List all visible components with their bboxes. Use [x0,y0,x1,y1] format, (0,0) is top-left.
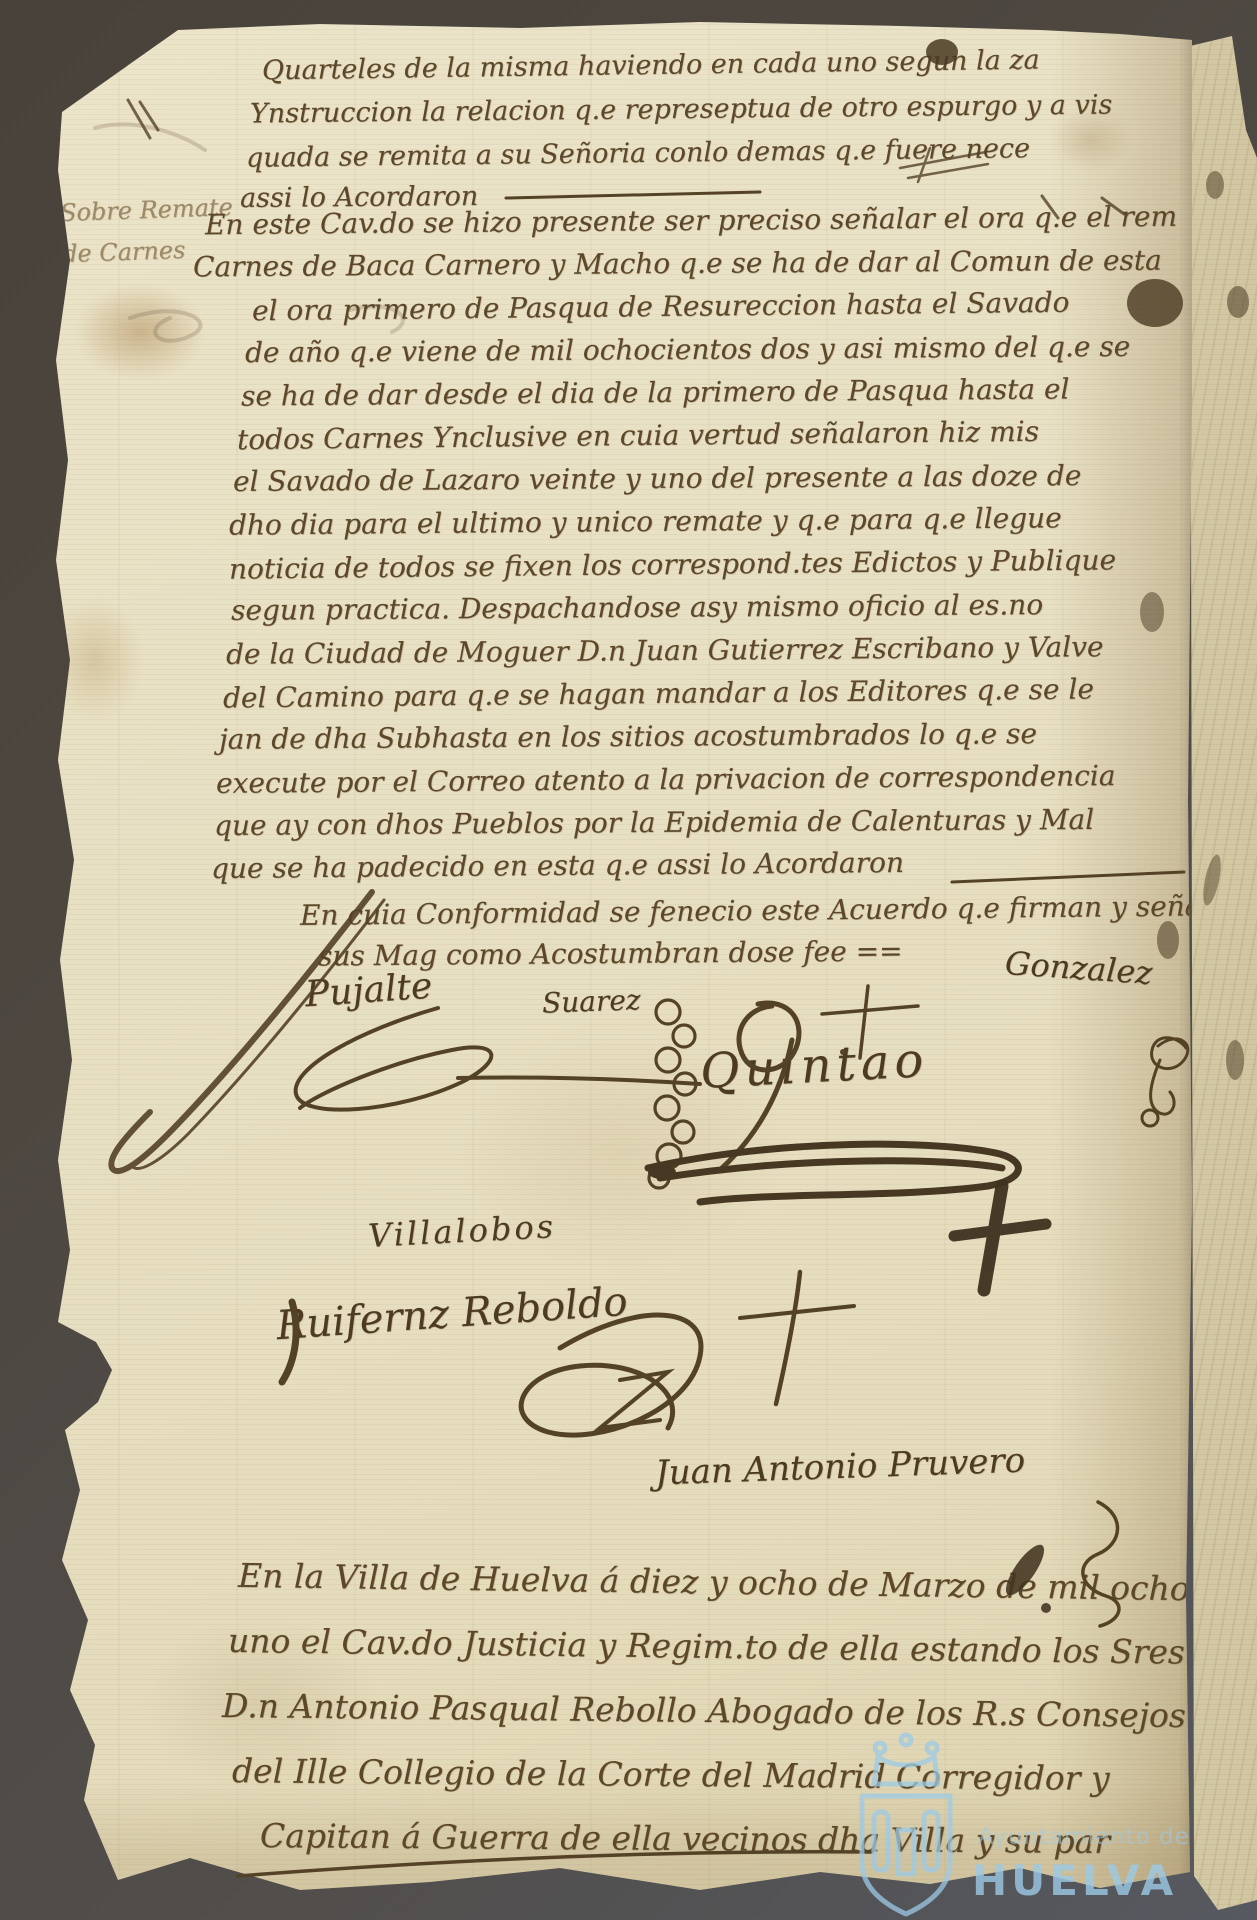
manuscript-line: el Savado de Lazaro veinte y uno del pre… [233,462,1082,496]
manuscript-line: se ha de dar desde el dia de la primero … [241,375,1070,410]
manuscript-scan: Quarteles de la misma haviendo en cada u… [0,0,1257,1920]
margin-note-line: de Carnes [62,238,186,266]
manuscript-line: segun practica. Despachandose asy mismo … [231,591,1043,625]
manuscript-line: jan de dha Subhasta en los sitios acostu… [219,720,1037,754]
manuscript-line: sus Mag como Acostumbran dose fee == [318,937,903,970]
manuscript-line: del Camino para q.e se hagan mandar a lo… [223,675,1094,712]
manuscript-line: que ay con dhos Pueblos por la Epidemia … [214,806,1094,840]
signature-ruifernz-reboldo: Ruifernz Reboldo [275,1282,629,1346]
manuscript-line: En la Villa de Huelva á diez y ocho de M… [238,1559,1257,1606]
signature-pujalte: Pujalte [304,969,434,1014]
manuscript-line: uno el Cav.do Justicia y Regim.to de ell… [228,1624,1222,1669]
signature-gonzalez: Gonzalez [1004,947,1153,989]
signature-juan-antonio-pruvero: Juan Antonio Pruvero [655,1444,1026,1491]
manuscript-line: execute por el Correo atento a la privac… [216,762,1116,798]
signature-quintao: Quintao [699,1036,930,1096]
manuscript-line: Carnes de Baca Carnero y Macho q.e se ha… [193,247,1162,282]
manuscript-line: noticia de todos se fixen los correspond… [229,546,1116,583]
signature-villalobos: Villalobos [367,1210,556,1252]
signature-suarez: Suarez [542,986,642,1017]
manuscript-line: de año q.e viene de mil ochocientos dos … [245,333,1130,367]
manuscript-line: D.n Antonio Pasqual Rebollo Abogado de l… [222,1689,1186,1732]
manuscript-line: Ynstruccion la relacion q.e represeptua … [250,91,1112,127]
watermark-text-small: Ayuntamiento de [978,1824,1190,1850]
manuscript-line: En cuia Conformidad se fenecio este Acue… [300,892,1227,930]
manuscript-line: quada se remita a su Señoria conlo demas… [246,135,1030,172]
manuscript-line: Quarteles de la misma haviendo en cada u… [262,47,1040,85]
manuscript-line: el ora primero de Pasqua de Resureccion … [252,289,1070,326]
manuscript-line: del Ille Collegio de la Corte del Madrid… [232,1754,1110,1795]
watermark-text-big: HUELVA [972,1856,1177,1905]
manuscript-page: Quarteles de la misma haviendo en cada u… [0,0,1257,1920]
manuscript-line: dho dia para el ultimo y unico remate y … [229,504,1062,539]
manuscript-line: todos Carnes Ynclusive en cuia vertud se… [237,418,1039,454]
manuscript-line: de la Ciudad de Moguer D.n Juan Gutierre… [226,633,1104,669]
manuscript-line: En este Cav.do se hizo presente ser prec… [205,203,1177,239]
manuscript-line: que se ha padecido en esta q.e assi lo A… [211,849,904,883]
